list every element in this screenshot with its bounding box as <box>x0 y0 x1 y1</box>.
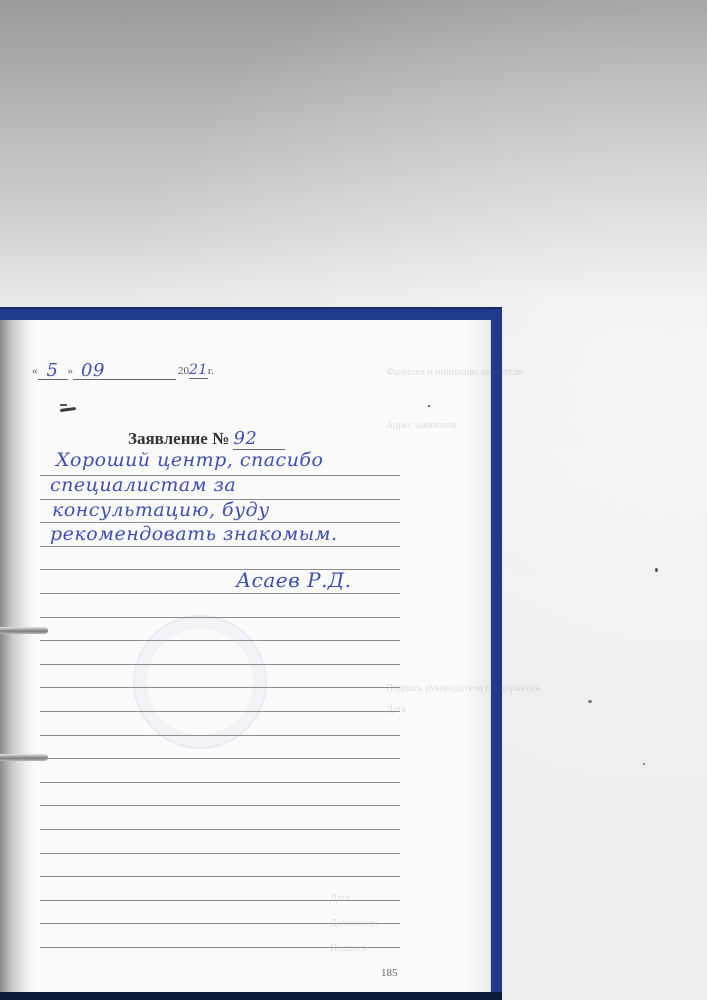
bleed-through-text: Фамилия и инициалы заявителя <box>386 367 522 378</box>
ruled-line <box>40 593 400 594</box>
ruled-line <box>40 805 400 806</box>
ruled-line <box>40 923 400 924</box>
ruled-line <box>40 617 400 618</box>
scan-speck <box>643 763 645 765</box>
bleed-through-text: Подпись руководителя предприятия <box>386 683 540 694</box>
scan-speck <box>588 700 592 703</box>
ruled-line <box>40 782 400 783</box>
ruled-line <box>40 829 400 830</box>
scan-speck <box>428 405 430 407</box>
scan-speck <box>655 568 658 572</box>
handwritten-line: Хороший центр, спасибо <box>56 449 323 471</box>
ruled-line <box>40 853 400 854</box>
ruled-line <box>40 664 400 665</box>
handwritten-line: консультацию, буду <box>52 499 270 521</box>
signature: Асаев Р.Д. <box>236 568 352 592</box>
page-edge-shadow <box>463 320 490 992</box>
handwritten-line: рекомендовать знакомым. <box>50 523 337 545</box>
ruled-line <box>40 640 400 641</box>
ruled-line <box>40 758 400 759</box>
ruled-line <box>40 711 400 712</box>
page-number: 185 <box>381 967 398 979</box>
ruled-line <box>40 735 400 736</box>
ruled-line <box>40 687 400 688</box>
ruled-line <box>40 900 400 901</box>
ruled-line <box>40 947 400 948</box>
ruled-line <box>40 876 400 877</box>
binding-spine <box>0 320 34 992</box>
handwritten-line: специалистам за <box>50 474 236 496</box>
ruled-line <box>40 546 400 547</box>
